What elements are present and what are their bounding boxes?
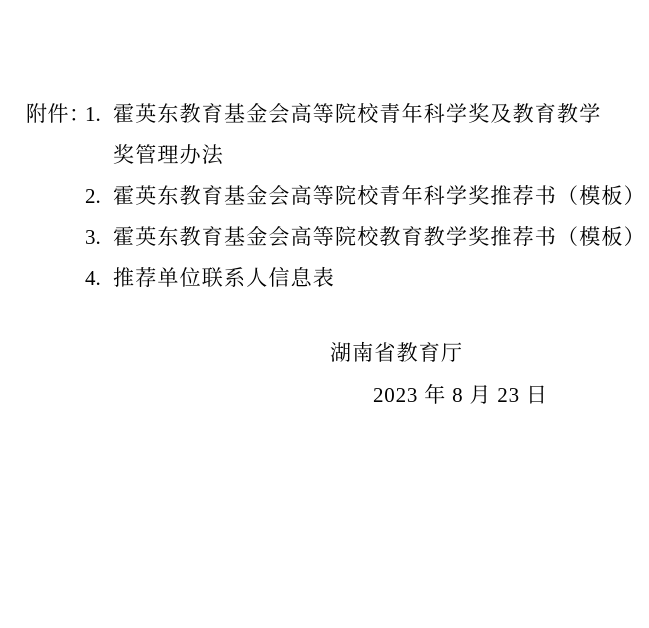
attachment-label: 附件： xyxy=(26,94,85,135)
item-text: 霍英东教育基金会高等院校青年科学奖推荐书（模板） xyxy=(113,176,627,217)
item-text: 推荐单位联系人信息表 xyxy=(113,258,627,299)
attachment-items: 1. 霍英东教育基金会高等院校青年科学奖及教育教学 奖管理办法 2. 霍英东教育… xyxy=(85,94,627,299)
document-page: 附件： 1. 霍英东教育基金会高等院校青年科学奖及教育教学 奖管理办法 2. 霍… xyxy=(0,0,649,628)
item-text-line: 推荐单位联系人信息表 xyxy=(113,258,627,299)
attachment-item-2: 2. 霍英东教育基金会高等院校青年科学奖推荐书（模板） xyxy=(85,176,627,217)
item-text-line: 霍英东教育基金会高等院校教育教学奖推荐书（模板） xyxy=(113,217,627,258)
item-text-line: 奖管理办法 xyxy=(113,135,627,176)
item-text-line: 霍英东教育基金会高等院校青年科学奖推荐书（模板） xyxy=(113,176,627,217)
item-number: 4. xyxy=(85,258,113,299)
item-text: 霍英东教育基金会高等院校教育教学奖推荐书（模板） xyxy=(113,217,627,258)
item-number: 2. xyxy=(85,176,113,217)
issuer-signature: 湖南省教育厅 xyxy=(330,333,463,374)
issue-date: 2023 年 8 月 23 日 xyxy=(373,375,548,416)
item-text-line: 霍英东教育基金会高等院校青年科学奖及教育教学 xyxy=(113,94,627,135)
attachment-item-3: 3. 霍英东教育基金会高等院校教育教学奖推荐书（模板） xyxy=(85,217,627,258)
attachment-item-4: 4. 推荐单位联系人信息表 xyxy=(85,258,627,299)
attachment-item-1: 1. 霍英东教育基金会高等院校青年科学奖及教育教学 奖管理办法 xyxy=(85,94,627,176)
item-number: 3. xyxy=(85,217,113,258)
item-text: 霍英东教育基金会高等院校青年科学奖及教育教学 奖管理办法 xyxy=(113,94,627,176)
attachment-list: 附件： 1. 霍英东教育基金会高等院校青年科学奖及教育教学 奖管理办法 2. 霍… xyxy=(26,94,627,299)
item-number: 1. xyxy=(85,94,113,135)
